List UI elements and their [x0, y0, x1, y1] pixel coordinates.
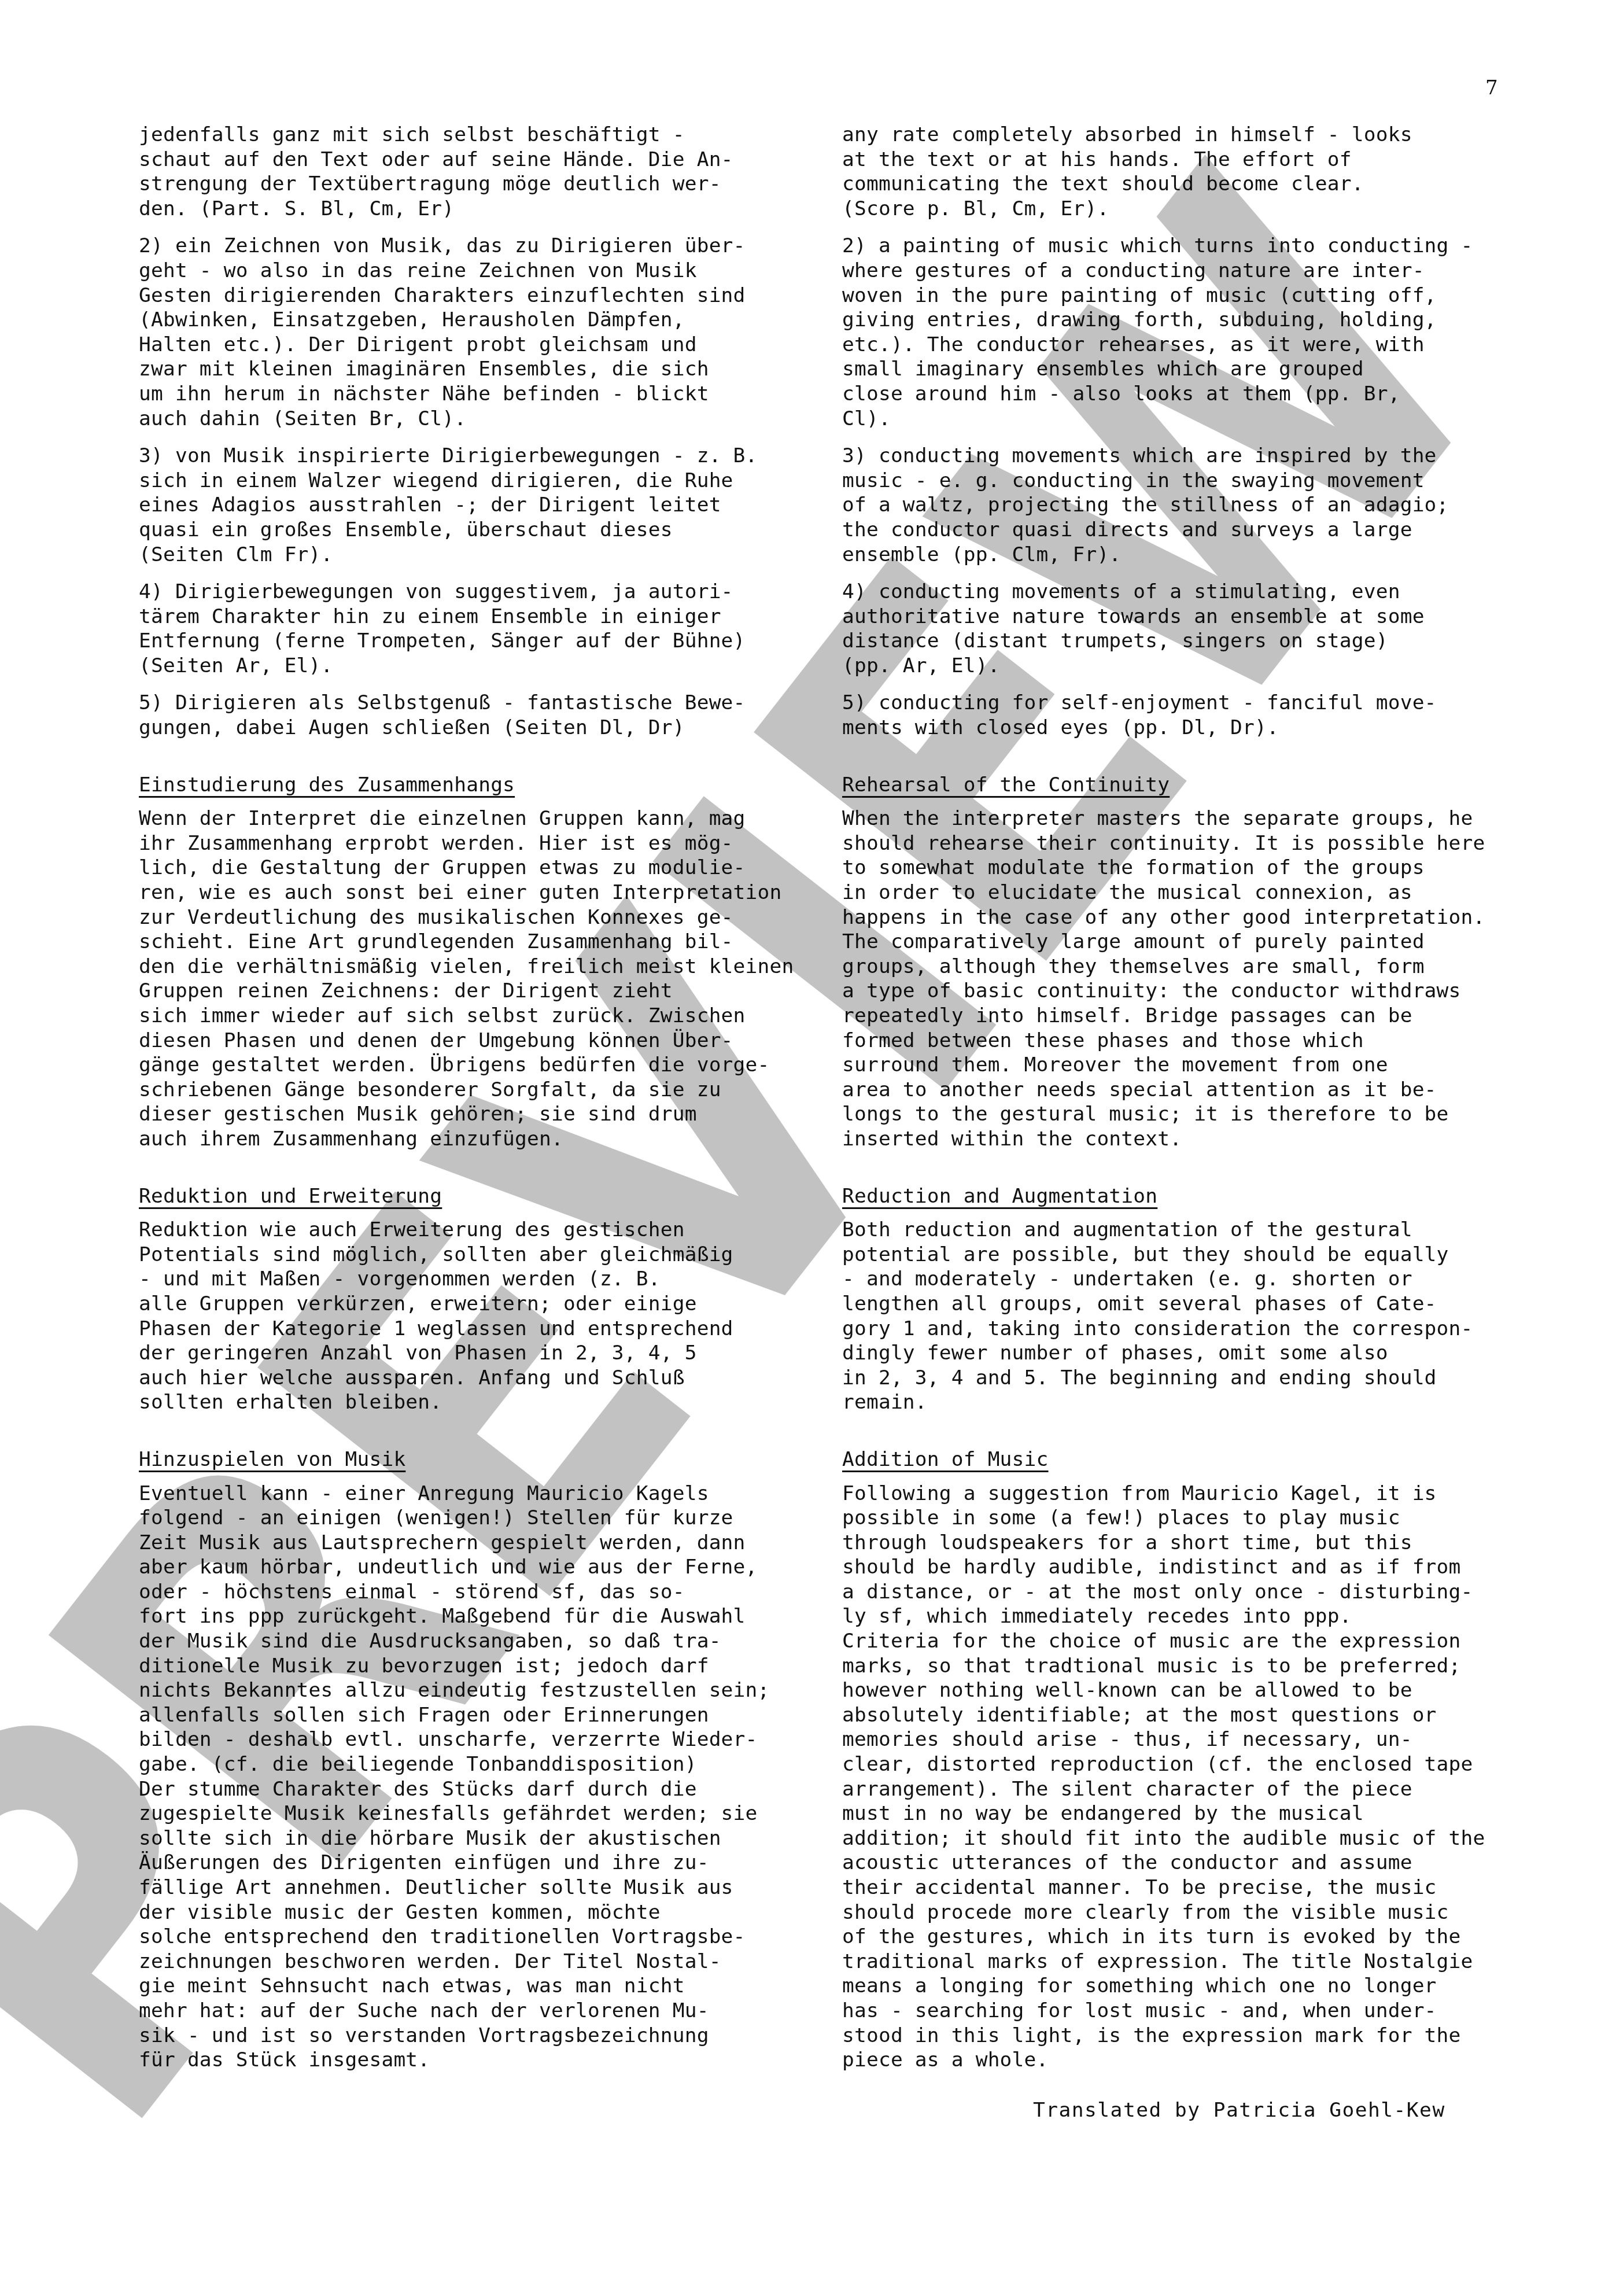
document-page: 7 jedenfalls ganz mit sich selbst beschä… [0, 0, 1623, 2296]
english-section-addition: Addition of Music Following a suggestion… [842, 1428, 1559, 2073]
english-item-2: 2) a painting of music which turns into … [842, 234, 1559, 431]
section-body: Both reduction and augmentation of the g… [842, 1218, 1559, 1415]
english-section-reduction: Reduction and Augmentation Both reductio… [842, 1164, 1559, 1415]
german-intro-paragraph-1: jedenfalls ganz mit sich selbst beschäft… [139, 123, 833, 221]
section-heading: Einstudierung des Zusammenhangs [139, 773, 515, 798]
german-column: jedenfalls ganz mit sich selbst beschäft… [139, 123, 833, 2085]
german-section-hinzuspielen: Hinzuspielen von Musik Eventuell kann - … [139, 1428, 833, 2073]
section-body: Wenn der Interpret die einzelnen Gruppen… [139, 806, 833, 1151]
german-item-4: 4) Dirigierbewegungen von suggestivem, j… [139, 580, 833, 678]
german-section-einstudierung: Einstudierung des Zusammenhangs Wenn der… [139, 753, 833, 1152]
section-body: When the interpreter masters the separat… [842, 806, 1559, 1151]
section-body: Reduktion wie auch Erweiterung des gesti… [139, 1218, 833, 1415]
section-body: Following a suggestion from Mauricio Kag… [842, 1481, 1559, 2073]
german-section-reduktion: Reduktion und Erweiterung Reduktion wie … [139, 1164, 833, 1415]
section-heading: Hinzuspielen von Musik [139, 1447, 405, 1472]
english-item-4: 4) conducting movements of a stimulating… [842, 580, 1559, 678]
german-item-5: 5) Dirigieren als Selbstgenuß - fantasti… [139, 691, 833, 740]
english-column: any rate completely absorbed in himself … [842, 123, 1559, 2122]
german-item-2: 2) ein Zeichnen von Musik, das zu Dirigi… [139, 234, 833, 431]
translator-credit: Translated by Patricia Goehl-Kew [842, 2098, 1559, 2123]
section-heading: Rehearsal of the Continuity [842, 773, 1170, 798]
page-number: 7 [1485, 76, 1498, 99]
section-body: Eventuell kann - einer Anregung Mauricio… [139, 1481, 833, 2073]
section-heading: Reduktion und Erweiterung [139, 1184, 442, 1209]
english-section-rehearsal: Rehearsal of the Continuity When the int… [842, 753, 1559, 1152]
english-item-5: 5) conducting for self-enjoyment - fanci… [842, 691, 1559, 740]
english-item-3: 3) conducting movements which are inspir… [842, 444, 1559, 567]
english-intro-paragraph-1: any rate completely absorbed in himself … [842, 123, 1559, 221]
section-heading: Addition of Music [842, 1447, 1049, 1472]
german-item-3: 3) von Musik inspirierte Dirigierbewegun… [139, 444, 833, 567]
section-heading: Reduction and Augmentation [842, 1184, 1157, 1209]
